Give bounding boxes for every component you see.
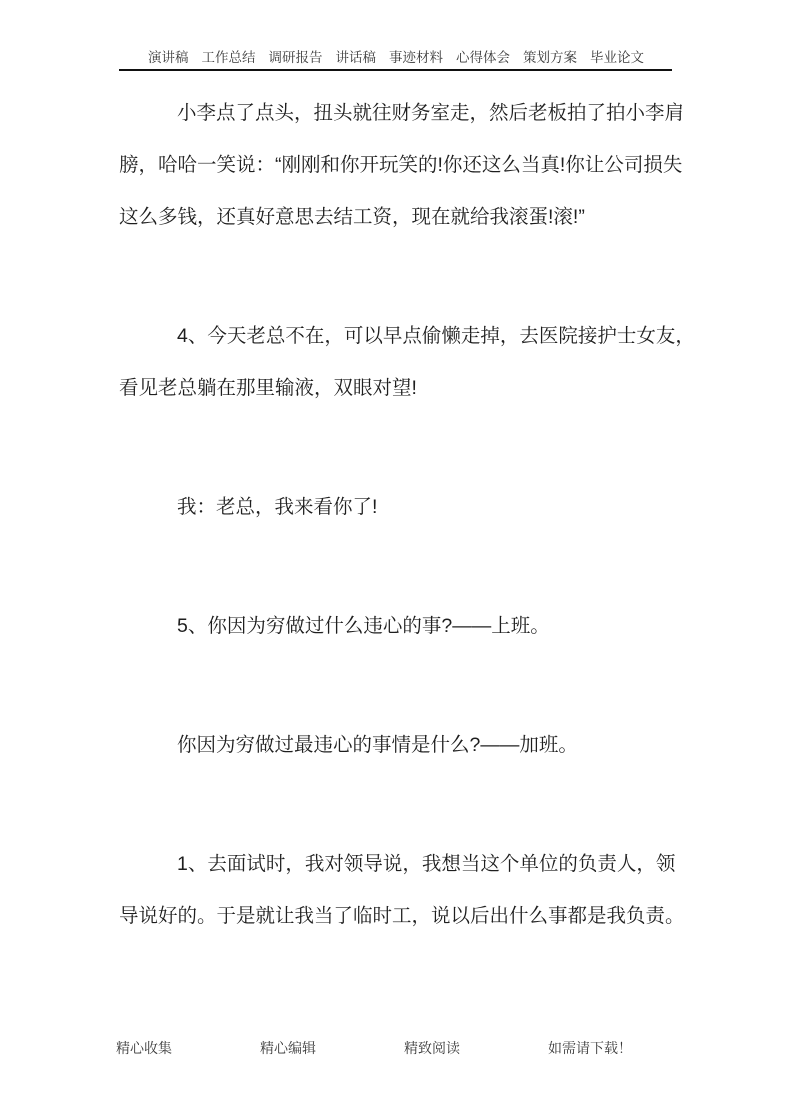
paragraph: 小李点了点头，扭头就往财务室走，然后老板拍了拍小李肩 膀，哈哈一笑说：“刚刚和你… — [119, 87, 679, 243]
header-divider — [119, 69, 672, 71]
text-line: 看见老总躺在那里输液，双眼对望! — [119, 362, 679, 414]
footer-item-edit: 精心编辑 — [260, 1038, 316, 1058]
paragraph: 4、今天老总不在，可以早点偷懒走掉，去医院接护士女友， 看见老总躺在那里输液，双… — [119, 310, 679, 414]
document-body: 小李点了点头，扭头就往财务室走，然后老板拍了拍小李肩 膀，哈哈一笑说：“刚刚和你… — [119, 87, 679, 1009]
nav-link-xindetihui[interactable]: 心得体会 — [456, 46, 510, 66]
nav-link-diaoyanbaogao[interactable]: 调研报告 — [269, 46, 323, 66]
header-nav: 演讲稿 工作总结 调研报告 讲话稿 事迹材料 心得体会 策划方案 毕业论文 — [0, 46, 792, 66]
document-page: 演讲稿 工作总结 调研报告 讲话稿 事迹材料 心得体会 策划方案 毕业论文 小李… — [0, 0, 792, 1120]
text-line: 你因为穷做过最违心的事情是什么?——加班。 — [119, 719, 679, 771]
document-footer: 精心收集 精心编辑 精致阅读 如需请下载！ — [116, 1038, 632, 1058]
text-line: 这么多钱，还真好意思去结工资，现在就给我滚蛋!滚!” — [119, 191, 679, 243]
text-line: 5、你因为穷做过什么违心的事?——上班。 — [119, 600, 679, 652]
text-line: 4、今天老总不在，可以早点偷懒走掉，去医院接护士女友， — [119, 310, 679, 362]
nav-link-yanjianggao[interactable]: 演讲稿 — [148, 46, 189, 66]
nav-link-gongzuozongjie[interactable]: 工作总结 — [202, 46, 256, 66]
nav-link-biyelunwen[interactable]: 毕业论文 — [590, 46, 644, 66]
footer-item-read: 精致阅读 — [404, 1038, 460, 1058]
nav-link-shijicailiao[interactable]: 事迹材料 — [389, 46, 443, 66]
paragraph: 5、你因为穷做过什么违心的事?——上班。 — [119, 600, 679, 652]
text-line: 我：老总，我来看你了! — [119, 481, 679, 533]
nav-link-cehuafangan[interactable]: 策划方案 — [523, 46, 577, 66]
footer-item-collect: 精心收集 — [116, 1038, 172, 1058]
text-line: 膀，哈哈一笑说：“刚刚和你开玩笑的!你还这么当真!你让公司损失 — [119, 139, 679, 191]
paragraph: 你因为穷做过最违心的事情是什么?——加班。 — [119, 719, 679, 771]
paragraph: 我：老总，我来看你了! — [119, 481, 679, 533]
footer-item-download: 如需请下载！ — [548, 1038, 632, 1058]
text-line: 小李点了点头，扭头就往财务室走，然后老板拍了拍小李肩 — [119, 87, 679, 139]
text-line: 导说好的。于是就让我当了临时工，说以后出什么事都是我负责。 — [119, 890, 679, 942]
nav-link-jianghuagao[interactable]: 讲话稿 — [336, 46, 377, 66]
text-line: 1、去面试时，我对领导说，我想当这个单位的负责人，领 — [119, 838, 679, 890]
paragraph: 1、去面试时，我对领导说，我想当这个单位的负责人，领 导说好的。于是就让我当了临… — [119, 838, 679, 942]
